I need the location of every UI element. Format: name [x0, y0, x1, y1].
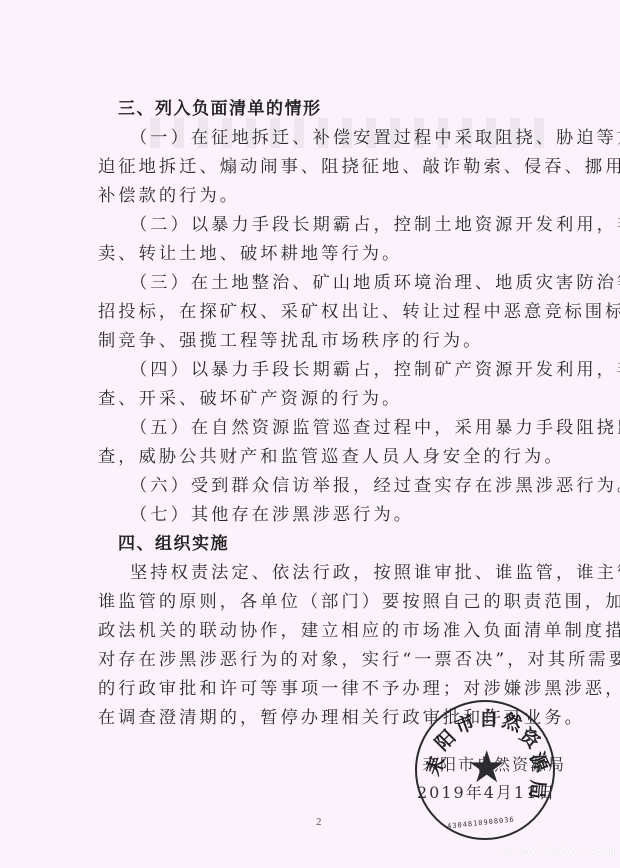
para-8-line-3: 政法机关的联动协作，建立相应的市场准入负面清单制度措施， [98, 620, 620, 642]
para-1-line-3: 补偿款的行为。 [98, 185, 240, 207]
section-3-heading: 三、列入负面清单的情形 [118, 98, 322, 120]
seal-code: 4304810908036 [447, 815, 515, 830]
para-1-line-2: 迫征地拆迁、煽动闹事、阻挠征地、敲诈勒索、侵吞、挪用征地 [98, 156, 620, 178]
para-4-line-1: （四）以暴力手段长期霸占，控制矿产资源开发利用，非法勘 [130, 359, 620, 381]
para-8-line-5: 的行政审批和许可等事项一律不予办理；对涉嫌涉黑涉恶，尚处 [98, 678, 620, 700]
seal-arc-char: 市 [451, 707, 479, 739]
para-6-line-1: （六）受到群众信访举报，经过查实存在涉黑涉恶行为。 [130, 475, 620, 497]
para-7-line-1: （七）其他存在涉黑涉恶行为。 [130, 504, 414, 526]
star-icon: ★ [467, 746, 506, 790]
para-5-line-1: （五）在自然资源监管巡查过程中，采用暴力手段阻挠监管巡 [130, 417, 620, 439]
para-5-line-2: 查，威胁公共财产和监管巡查人员人身安全的行为。 [98, 446, 565, 468]
para-3-line-3: 制竞争、强揽工程等扰乱市场秩序的行为。 [98, 330, 483, 352]
para-1-line-1: （一）在征地拆迁、补偿安置过程中采取阻挠、胁迫等方式胁 [130, 127, 620, 149]
page-number: 2 [316, 816, 322, 828]
para-3-line-1: （三）在土地整治、矿山地质环境治理、地质灾害防治等项目 [130, 272, 620, 294]
para-2-line-1: （二）以暴力手段长期霸占，控制土地资源开发利用，非法买 [130, 214, 620, 236]
seal-arc-char: 耒 [419, 752, 451, 779]
para-8-line-1: 坚持权责法定、依法行政，按照谁审批、谁监管，谁主管、 [130, 562, 620, 584]
seal-arc-char: 局 [524, 779, 553, 800]
section-4-heading: 四、组织实施 [118, 533, 229, 555]
document-page: 三、列入负面清单的情形 （一）在征地拆迁、补偿安置过程中采取阻挠、胁迫等方式胁 … [0, 0, 620, 868]
para-2-line-2: 卖、转让土地、破坏耕地等行为。 [98, 243, 402, 265]
watermark: m.ocludo.com [503, 844, 616, 860]
para-4-line-2: 查、开采、破坏矿产资源的行为。 [98, 388, 402, 410]
para-3-line-2: 招投标，在探矿权、采矿权出让、转让过程中恶意竞标围标、限 [98, 301, 620, 323]
para-8-line-2: 谁监管的原则，各单位（部门）要按照自己的职责范围，加强与 [98, 591, 620, 613]
para-8-line-4: 对存在涉黑涉恶行为的对象，实行“一票否决”，对其所需要办理 [98, 649, 620, 671]
seal-arc-char: 自 [479, 704, 498, 731]
official-seal: 耒 阳 市 自 然 资 源 局 ★ 4304810908036 [415, 700, 555, 840]
